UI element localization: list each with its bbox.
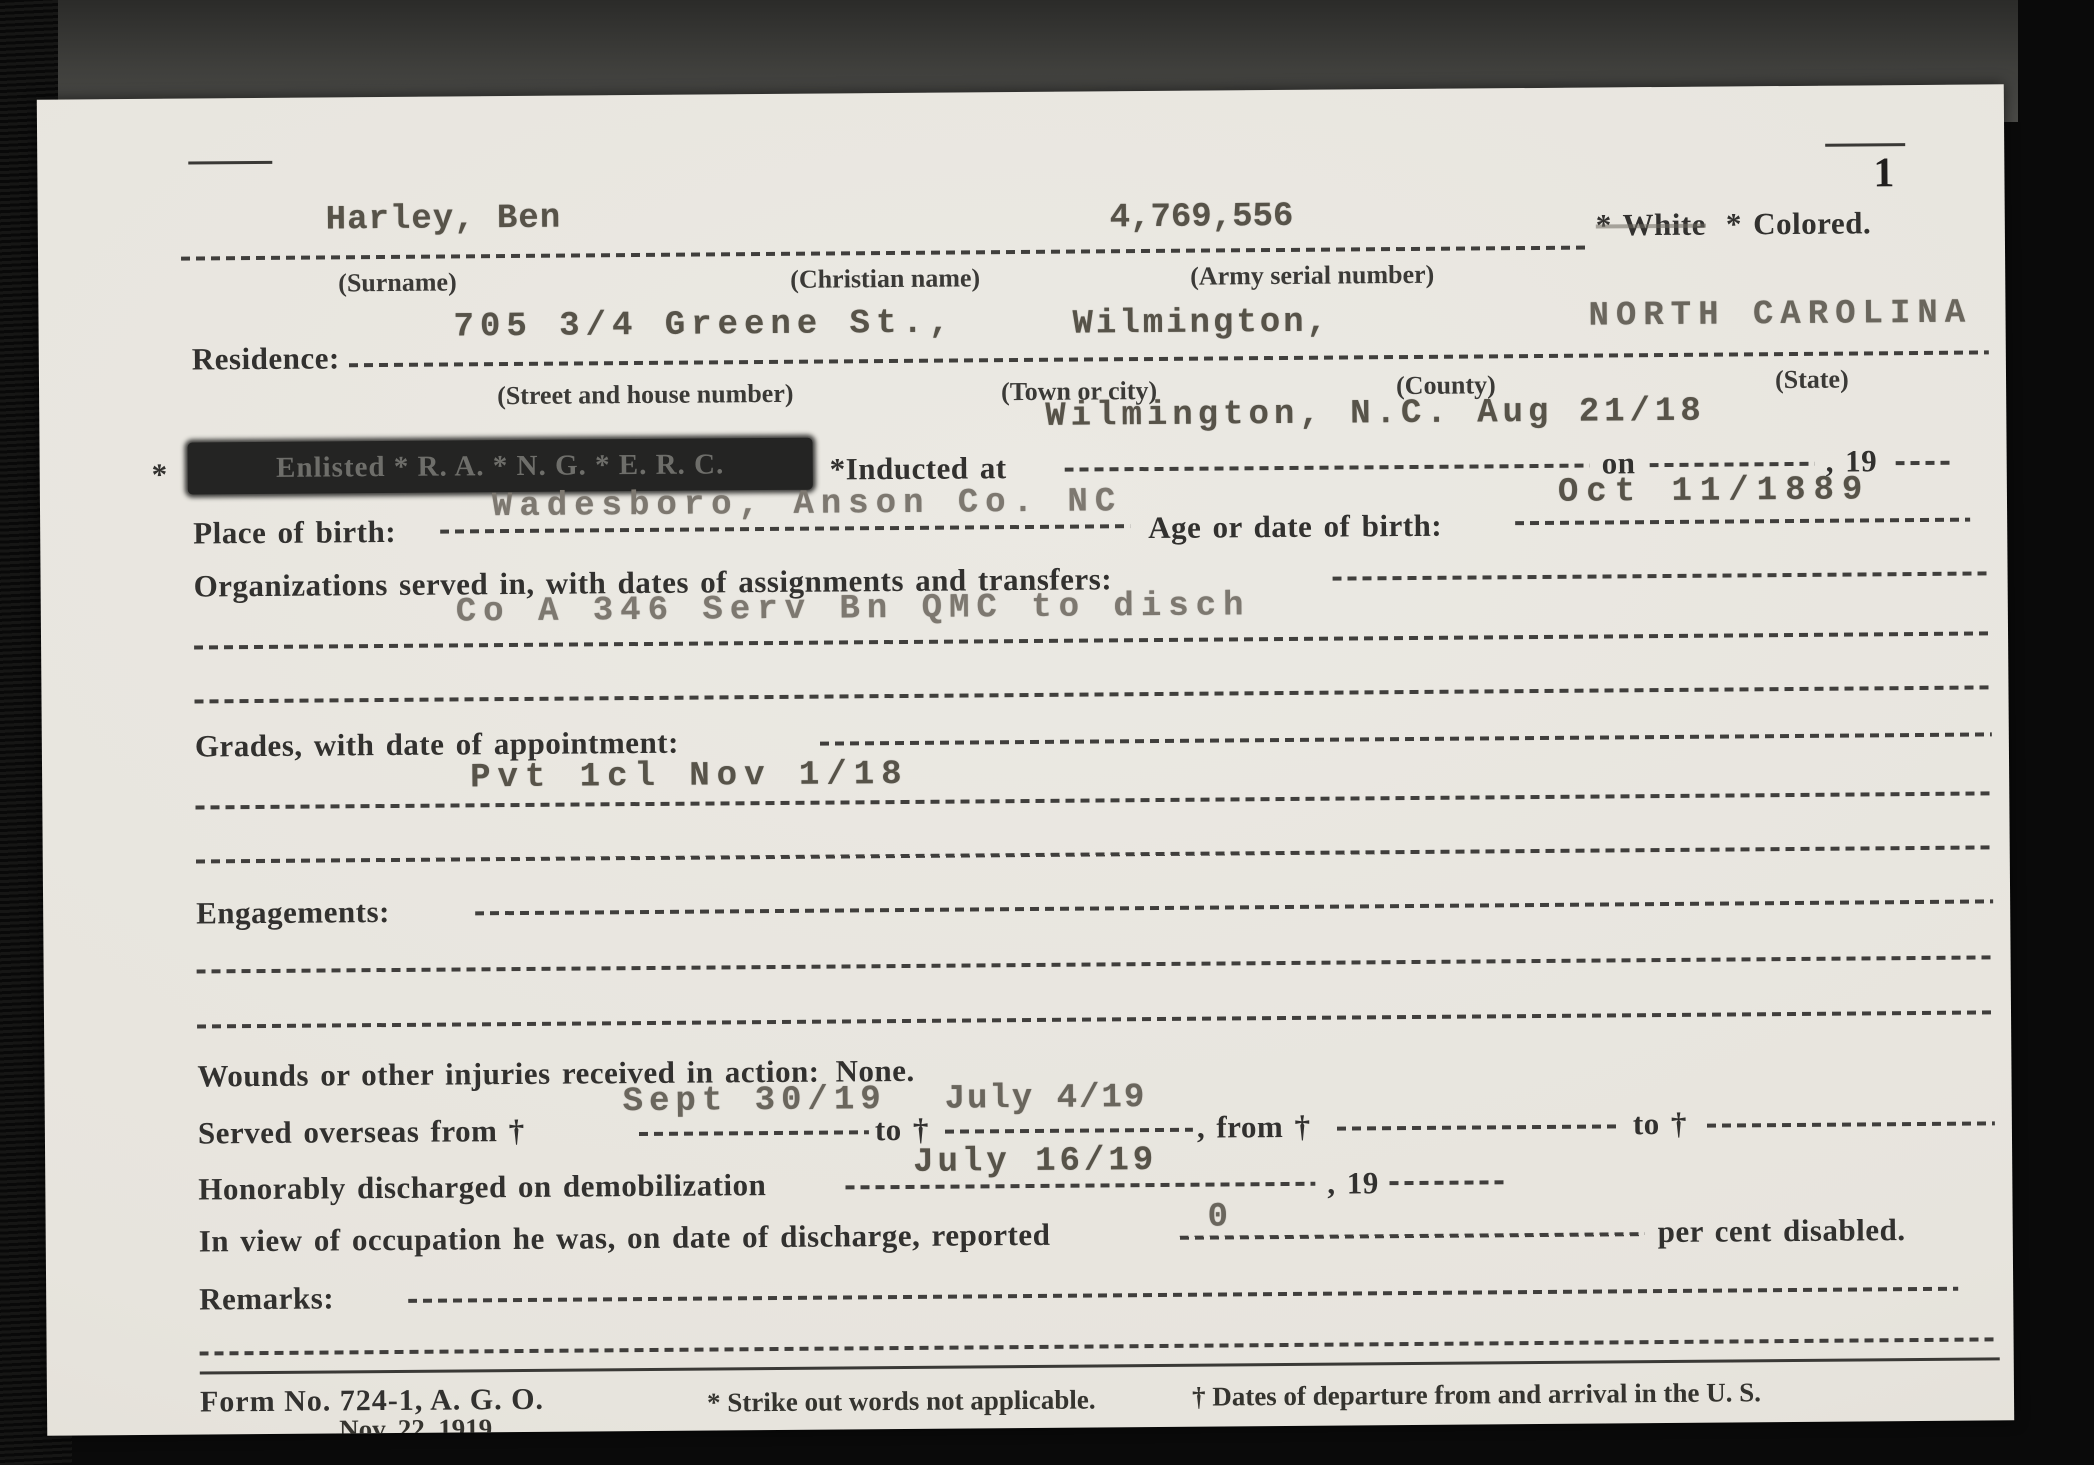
discharge-dotted-line	[845, 1182, 1315, 1190]
army-serial-label: (Army serial number)	[1190, 260, 1434, 292]
state-label: (State)	[1775, 365, 1849, 396]
grades-typed-value: Pvt 1cl Nov 1/18	[470, 756, 909, 797]
surname-typed-value: Harley, Ben	[326, 200, 562, 240]
surname-label: (Surname)	[338, 267, 457, 298]
engagements-dotted-line	[475, 899, 1993, 915]
overseas-to-typed-value: July 4/19	[945, 1079, 1147, 1119]
remarks-label: Remarks:	[199, 1280, 334, 1317]
inducted-at-label: *Inducted at	[830, 450, 1007, 487]
disability-dotted-line	[1180, 1232, 1645, 1240]
disabled-percent-typed-value: 0	[1207, 1198, 1228, 1236]
grades-dotted-line-2	[195, 791, 1990, 809]
scanned-service-card-page: { "scan": { "page_number": "1", "race": …	[0, 0, 2094, 1465]
induction-place-typed-value: Wilmington, N.C. Aug 21/18	[1045, 393, 1706, 436]
engagements-label: Engagements:	[196, 894, 390, 932]
enlisted-asterisk: *	[152, 457, 168, 493]
page-number-rule	[1825, 143, 1905, 147]
service-record-card: 1 Harley, Ben 4,769,556 * White * Colore…	[37, 84, 2014, 1435]
overseas-to-label: to †	[875, 1112, 929, 1148]
overseas-to2-label: to †	[1633, 1106, 1687, 1142]
remarks-dotted-line-2	[200, 1337, 1995, 1355]
inducted-at-dotted-line	[1065, 464, 1590, 472]
name-dotted-line	[181, 246, 1591, 261]
organizations-dotted-line-3	[194, 685, 1989, 703]
stray-pen-mark	[188, 161, 272, 165]
discharge-year-dotted-line	[1389, 1180, 1509, 1185]
overseas-from2-dotted-line	[1337, 1124, 1622, 1130]
discharged-label: Honorably discharged on demobilization	[198, 1167, 766, 1207]
birthplace-typed-value: Wadesboro, Anson Co. NC	[492, 483, 1123, 526]
birthdate-typed-value: Oct 11/1889	[1558, 471, 1871, 511]
place-of-birth-label: Place of birth:	[193, 514, 396, 552]
christian-name-label: (Christian name)	[790, 263, 980, 294]
organizations-dotted-line-2	[194, 631, 1989, 649]
percent-disabled-label: per cent disabled.	[1658, 1212, 1906, 1250]
strike-out-note: * Strike out words not applicable.	[707, 1384, 1096, 1418]
overseas-from-typed-value: Sept 30/19	[623, 1081, 887, 1121]
served-overseas-label: Served overseas from †	[198, 1113, 525, 1152]
overseas-from2-label: , from †	[1197, 1109, 1311, 1146]
state-typed-value: NORTH CAROLINA	[1588, 295, 1972, 336]
birthdate-dotted-line	[1515, 518, 1970, 526]
discharge-year-label: , 19	[1327, 1165, 1379, 1201]
engagements-dotted-line-3	[197, 1010, 1992, 1028]
overseas-from-dotted-line	[639, 1130, 869, 1136]
race-selection: * White * Colored.	[1596, 205, 1872, 243]
engagements-dotted-line-2	[197, 955, 1992, 973]
page-number: 1	[1873, 149, 1894, 197]
residence-label: Residence:	[192, 340, 340, 377]
organizations-dotted-line	[1333, 571, 1991, 580]
discharge-date-typed-value: July 16/19	[913, 1142, 1157, 1182]
remarks-dotted-line	[408, 1287, 1958, 1303]
overseas-to2-dotted-line	[1707, 1121, 1995, 1127]
town-typed-value: Wilmington,	[1072, 304, 1330, 344]
inducted-year-dotted-line	[1896, 461, 1950, 465]
inducted-on-dotted-line	[1650, 462, 1815, 467]
dagger-note: † Dates of departure from and arrival in…	[1192, 1377, 1761, 1412]
grades-dotted-line	[820, 732, 1992, 745]
serial-typed-value: 4,769,556	[1110, 198, 1294, 237]
street-typed-value: 705 3/4 Greene St.,	[453, 305, 955, 347]
form-date: Nov. 22, 1919	[339, 1413, 492, 1435]
race-colored-label: * Colored.	[1726, 205, 1871, 242]
organizations-typed-value: Co A 346 Serv Bn QMC to disch	[456, 587, 1251, 631]
grades-dotted-line-3	[196, 845, 1991, 863]
age-or-birthdate-label: Age or date of birth:	[1148, 508, 1442, 546]
street-label: (Street and house number)	[497, 379, 794, 411]
race-white-label: * White	[1596, 207, 1706, 244]
disability-label: In view of occupation he was, on date of…	[199, 1217, 1051, 1260]
overseas-to-dotted-line	[945, 1128, 1193, 1134]
footer-rule	[200, 1357, 2000, 1374]
residence-dotted-line	[349, 350, 1989, 367]
